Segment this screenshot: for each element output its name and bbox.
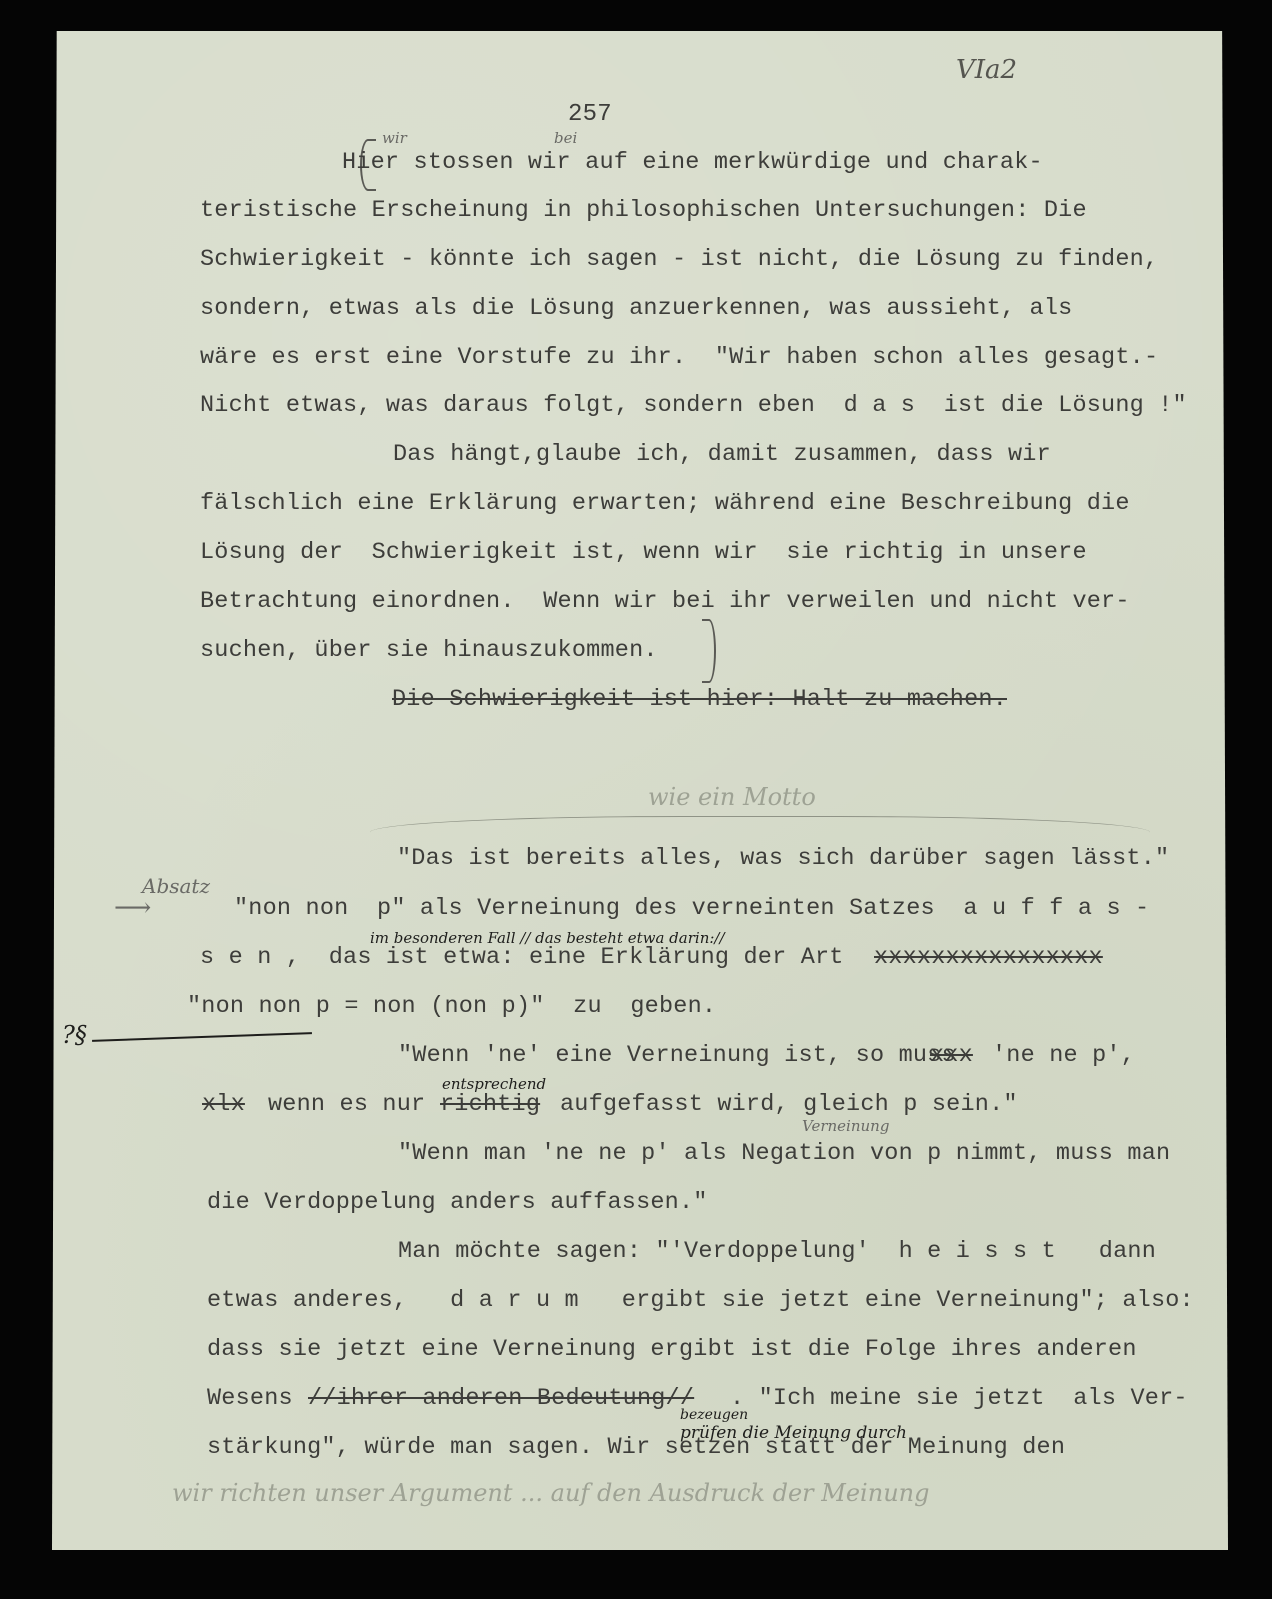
insertion: bezeugen — [680, 1407, 748, 1423]
struck-text: xxxxxxxxxxxxxxxx — [874, 944, 1103, 971]
text-line: aufgefasst wird, gleich p sein." — [560, 1091, 1018, 1118]
insertion: Verneinung — [802, 1117, 889, 1135]
bracket-close — [702, 619, 716, 683]
bottom-note: wir richten unser Argument ... auf den A… — [172, 1479, 929, 1507]
text-line: fälschlich eine Erklärung erwarten; währ… — [200, 490, 1130, 517]
motto-note: wie ein Motto — [648, 783, 816, 811]
text-line: die Verdoppelung anders auffassen." — [207, 1189, 708, 1216]
text-line: "Wenn man 'ne ne p' als Negation von p n… — [398, 1140, 1170, 1167]
insertion-wir: wir — [382, 129, 407, 147]
text-line: etwas anderes, d a r u m ergibt sie jetz… — [207, 1287, 1194, 1314]
text-line: "non non p = non (non p)" zu geben. — [187, 993, 716, 1020]
text-line: Wesens — [207, 1385, 293, 1412]
text-line: suchen, über sie hinauszukommen. — [200, 637, 658, 664]
margin-mark: ?§ — [62, 1021, 87, 1049]
text-line: "non non p" als Verneinung des verneinte… — [234, 895, 1149, 922]
quote-line: "Das ist bereits alles, was sich darüber… — [397, 845, 1169, 872]
text-line: Schwierigkeit - könnte ich sagen - ist n… — [200, 246, 1158, 273]
text-line: stärkung", würde man sagen. Wir setzen s… — [207, 1434, 1065, 1461]
document-page: VIa2 257 wir bei Hier stossen wir auf ei… — [52, 31, 1228, 1550]
text-line: dass sie jetzt eine Verneinung ergibt is… — [207, 1336, 1137, 1363]
text-line: Lösung der Schwierigkeit ist, wenn wir s… — [200, 539, 1087, 566]
struck-text: xxx — [930, 1042, 973, 1069]
text-line: Das hängt,glaube ich, damit zusammen, da… — [393, 441, 1051, 468]
text-line: Nicht etwas, was daraus folgt, sondern e… — [200, 392, 1187, 419]
text-line: sondern, etwas als die Lösung anzuerkenn… — [200, 295, 1072, 322]
margin-note-absatz: Absatz — [142, 874, 210, 898]
struck-text: xlx — [202, 1091, 245, 1118]
text-line: Man möchte sagen: "'Verdoppelung' h e i … — [398, 1238, 1156, 1265]
margin-stroke — [92, 1032, 312, 1042]
archive-mark: VIa2 — [956, 55, 1017, 85]
struck-text: //ihrer anderen Bedeutung// — [308, 1385, 694, 1412]
text-line: wenn es nur — [268, 1091, 425, 1118]
page-number: 257 — [568, 101, 612, 128]
text-line: Hier stossen wir auf eine merkwürdige un… — [342, 149, 1043, 176]
insertion-bei: bei — [554, 129, 577, 147]
struck-text: richtig — [440, 1091, 540, 1118]
text-line: Betrachtung einordnen. Wenn wir bei ihr … — [200, 588, 1130, 615]
arrow-right-icon: ⟶ — [114, 893, 151, 923]
text-line: wäre es erst eine Vorstufe zu ihr. "Wir … — [200, 344, 1158, 371]
struck-line: Die Schwierigkeit ist hier: Halt zu mach… — [392, 686, 1007, 713]
text-line: teristische Erscheinung in philosophisch… — [200, 197, 1087, 224]
text-line: s e n , das ist etwa: eine Erklärung der… — [200, 944, 844, 971]
text-line: . "Ich meine sie jetzt als Ver- — [730, 1385, 1188, 1412]
text-line: 'ne ne p', — [992, 1042, 1135, 1069]
text-line: "Wenn 'ne' eine Verneinung ist, so muss — [398, 1042, 956, 1069]
